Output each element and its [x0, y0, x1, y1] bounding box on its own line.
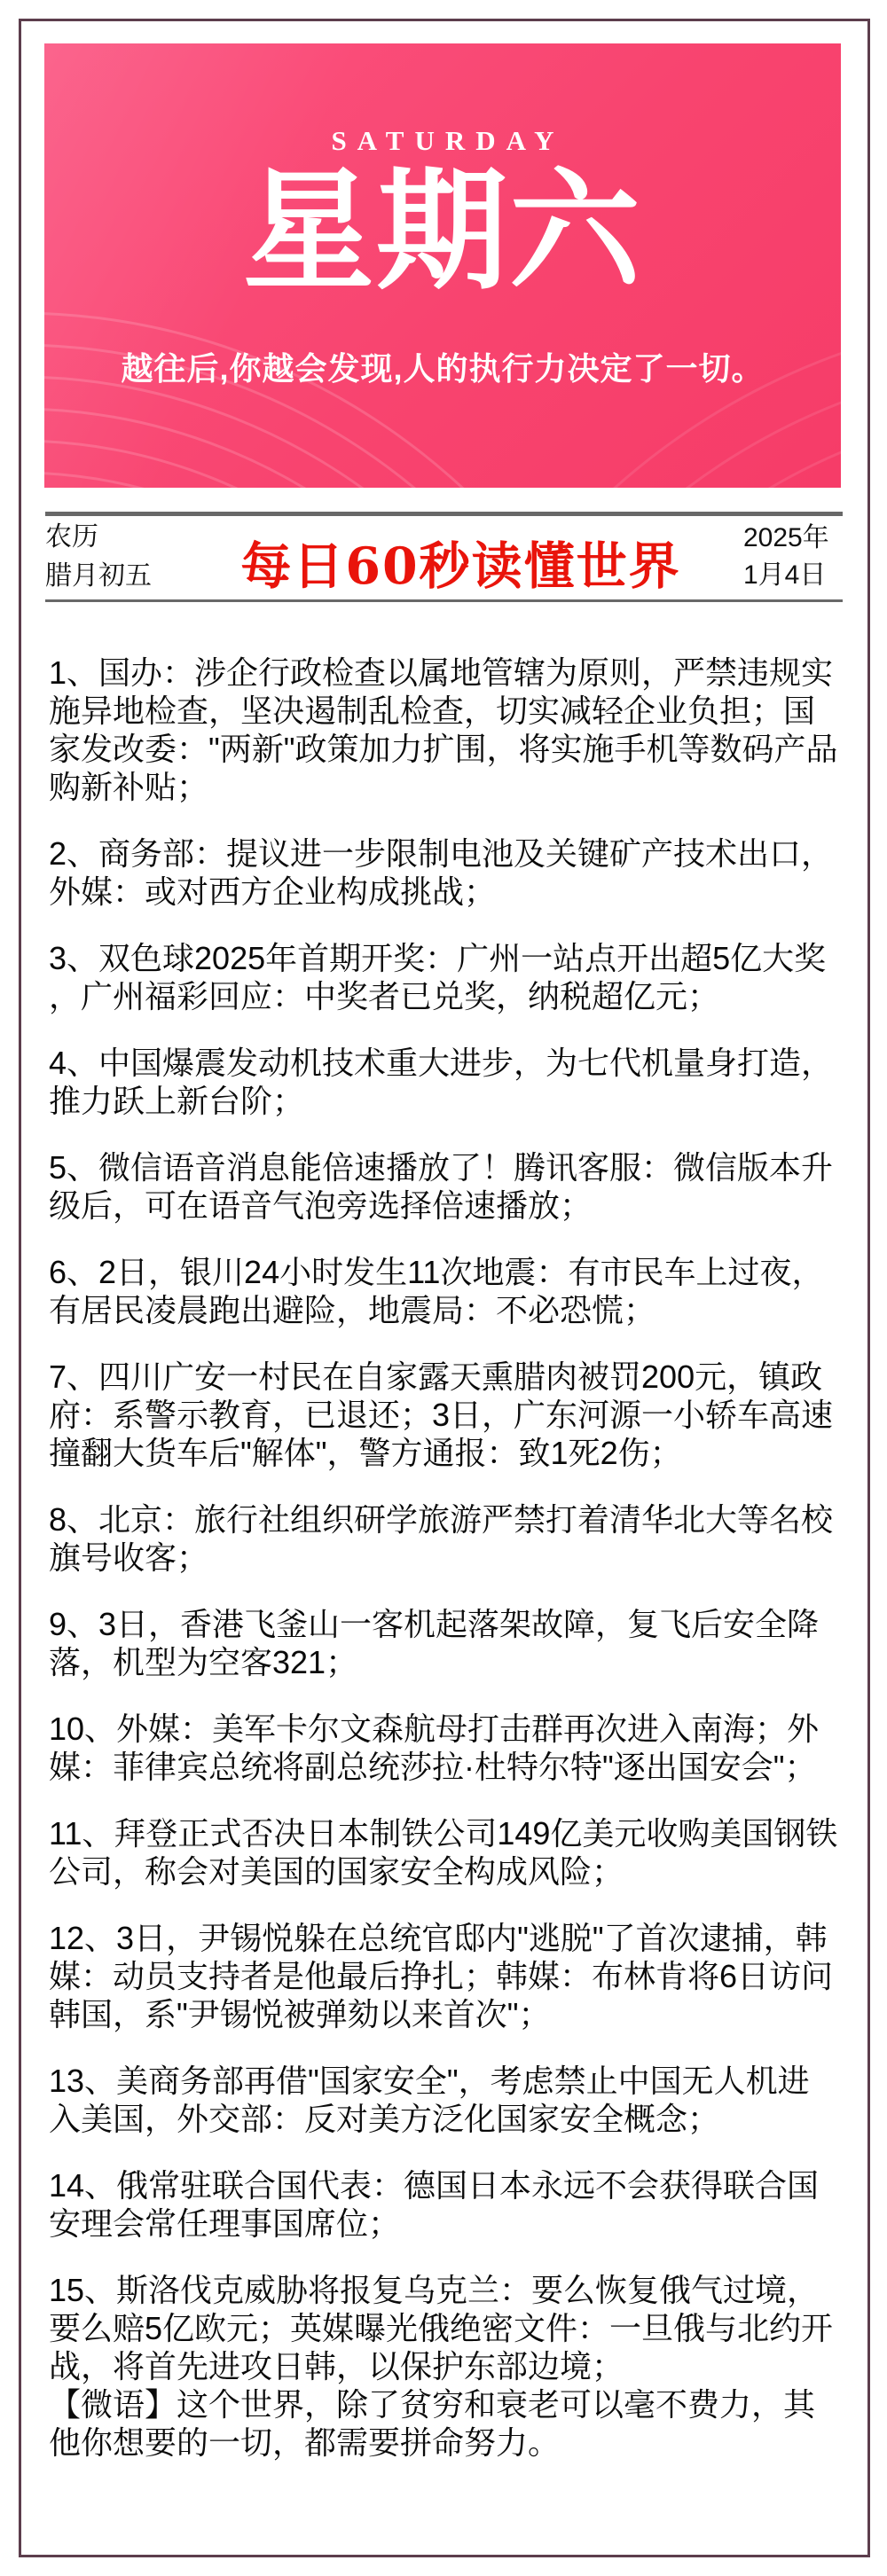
news-item: 5、微信语音消息能倍速播放了！腾讯客服：微信版本升级后，可在语音气泡旁选择倍速播… — [49, 1148, 841, 1225]
news-section: 1、国办：涉企行政检查以属地管辖为原则，严禁违规实施异地检查，坚决遏制乱检查，切… — [49, 654, 841, 2462]
news-item: 10、外媒：美军卡尔文森航母打击群再次进入南海；外媒：菲律宾总统将副总统莎拉·杜… — [49, 1710, 841, 1786]
daily-title: 每日60秒读懂世界 — [178, 516, 743, 599]
news-item: 2、商务部：提议进一步限制电池及关键矿产技术出口，外媒：或对西方企业构成挑战； — [49, 834, 841, 911]
year-text: 2025年 — [743, 523, 843, 553]
news-item: 8、北京：旅行社组织研学旅游严禁打着清华北大等名校旗号收客； — [49, 1500, 841, 1577]
lunar-date: 腊月初五 — [45, 562, 178, 591]
date-text: 1月4日 — [743, 560, 843, 591]
lunar-label: 农历 — [45, 523, 178, 552]
weekday-chinese: 星期六 — [44, 164, 841, 297]
news-item: 1、国办：涉企行政检查以属地管辖为原则，严禁违规实施异地检查，坚决遏制乱检查，切… — [49, 654, 841, 806]
news-item: 9、3日，香港飞釜山一客机起落架故障，复飞后安全降落，机型为空客321； — [49, 1605, 841, 1681]
weekday-english: SATURDAY — [44, 125, 841, 157]
news-item: 6、2日，银川24小时发生11次地震：有市民车上过夜，有居民凌晨跑出避险，地震局… — [49, 1253, 841, 1329]
page-frame: SATURDAY 星期六 越往后,你越会发现,人的执行力决定了一切。 农历 腊月… — [19, 19, 870, 2557]
news-list: 1、国办：涉企行政检查以属地管辖为原则，严禁违规实施异地检查，坚决遏制乱检查，切… — [49, 654, 841, 2385]
motto-text: 越往后,你越会发现,人的执行力决定了一切。 — [44, 344, 841, 389]
gregorian-column: 2025年 1月4日 — [743, 516, 843, 599]
news-item: 13、美商务部再借"国家安全"，考虑禁止中国无人机进入美国，外交部：反对美方泛化… — [49, 2062, 841, 2138]
news-item: 4、中国爆震发动机技术重大进步，为七代机量身打造，推力跃上新台阶； — [49, 1044, 841, 1120]
date-bar: 农历 腊月初五 每日60秒读懂世界 2025年 1月4日 — [45, 512, 843, 602]
news-item: 14、俄常驻联合国代表：德国日本永远不会获得联合国安理会常任理事国席位； — [49, 2166, 841, 2243]
news-item: 12、3日，尹锡悦躲在总统官邸内"逃脱"了首次逮捕，韩媒：动员支持者是他最后挣扎… — [49, 1919, 841, 2033]
news-item: 3、双色球2025年首期开奖：广州一站点开出超5亿大奖，广州福彩回应：中奖者已兑… — [49, 939, 841, 1015]
news-item: 15、斯洛伐克威胁将报复乌克兰：要么恢复俄气过境，要么赔5亿欧元；英媒曝光俄绝密… — [49, 2271, 841, 2385]
news-item: 11、拜登正式否决日本制铁公司149亿美元收购美国钢铁公司，称会对美国的国家安全… — [49, 1814, 841, 1891]
hero-card: SATURDAY 星期六 越往后,你越会发现,人的执行力决定了一切。 — [44, 43, 841, 488]
weiyu-footer: 【微语】这个世界，除了贫穷和衰老可以毫不费力，其他你想要的一切，都需要拼命努力。 — [49, 2385, 841, 2462]
news-item: 7、四川广安一村民在自家露天熏腊肉被罚200元，镇政府：系警示教育，已退还；3日… — [49, 1358, 841, 1472]
lunar-column: 农历 腊月初五 — [45, 516, 178, 599]
